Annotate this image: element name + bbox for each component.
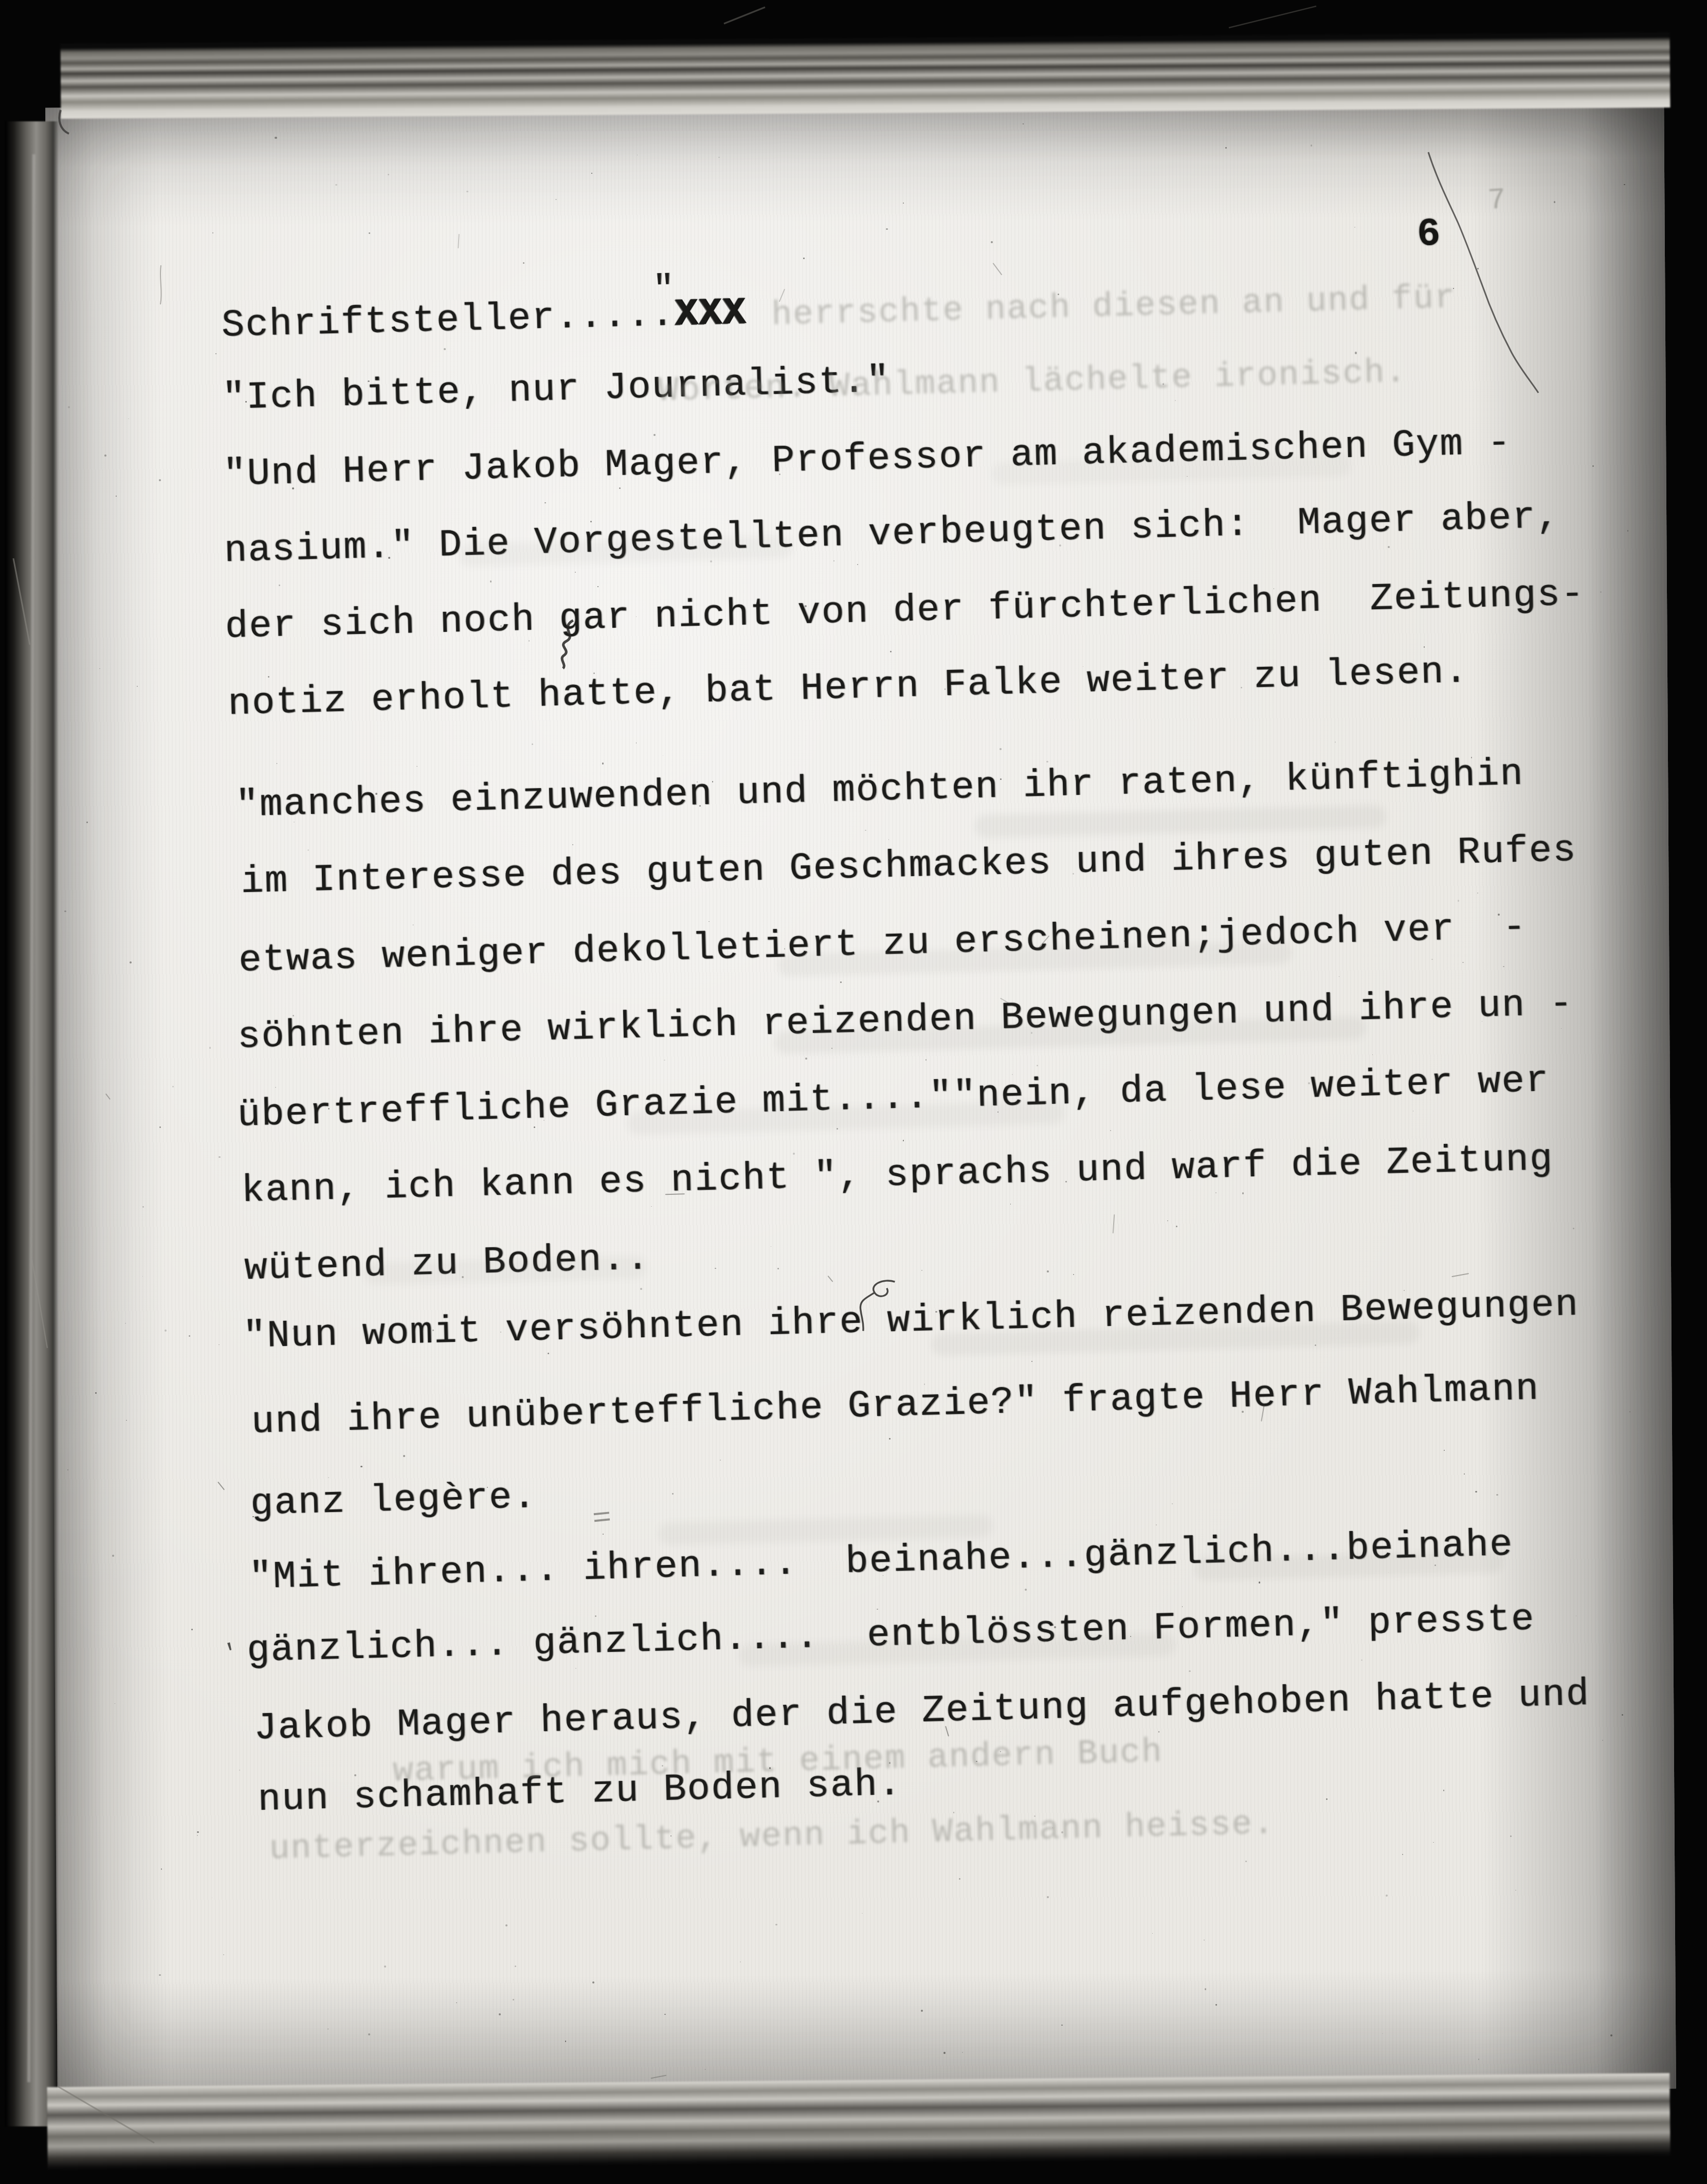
dust-speck — [328, 2029, 329, 2030]
dust-speck — [1627, 530, 1629, 532]
dust-speck — [710, 560, 712, 562]
dust-speck — [529, 640, 530, 641]
dust-speck — [1510, 1835, 1512, 1837]
dust-speck — [368, 380, 369, 382]
dust-speck — [487, 1487, 488, 1488]
dust-speck — [1073, 1274, 1074, 1275]
dust-speck — [840, 981, 841, 982]
dust-speck — [219, 1156, 220, 1158]
dust-speck — [784, 948, 785, 949]
dust-speck — [925, 1059, 927, 1061]
dust-speck — [1061, 1831, 1063, 1833]
dust-speck — [1610, 2034, 1612, 2036]
dust-speck — [159, 1974, 160, 1976]
dust-speck — [572, 844, 573, 845]
dust-speck — [1326, 1798, 1328, 1800]
dust-speck — [1242, 1411, 1244, 1413]
dust-speck — [410, 1642, 411, 1643]
dust-speck — [712, 781, 714, 782]
dust-speck — [64, 911, 66, 913]
dust-speck — [354, 1774, 356, 1776]
dust-speck — [1156, 1524, 1157, 1525]
dust-speck — [889, 1438, 891, 1440]
dust-speck — [777, 1268, 779, 1269]
dust-speck — [191, 1629, 192, 1630]
dust-speck — [1010, 1204, 1011, 1205]
dust-speck — [1274, 588, 1274, 589]
dust-speck — [1515, 1890, 1516, 1890]
dust-speck — [877, 1800, 879, 1803]
dust-speck — [1047, 1270, 1049, 1272]
dust-speck — [432, 1330, 434, 1331]
dust-speck — [718, 157, 719, 158]
dust-speck — [403, 1455, 405, 1457]
dust-speck — [653, 434, 656, 436]
dust-speck — [1477, 268, 1479, 269]
dust-speck — [360, 1466, 362, 1468]
dust-speck — [651, 1206, 651, 1207]
dust-speck — [1245, 1861, 1247, 1862]
dust-speck — [189, 1335, 190, 1337]
dust-speck — [705, 2069, 706, 2070]
dust-speck — [1259, 1581, 1261, 1584]
dust-speck — [924, 1384, 925, 1385]
dust-speck — [1047, 1896, 1049, 1898]
dust-speck — [159, 1126, 161, 1128]
dust-speck — [86, 822, 88, 823]
dust-speck — [670, 1835, 671, 1836]
dust-speck — [130, 961, 132, 963]
scratch-topband-2 — [1229, 6, 1316, 28]
dust-speck — [142, 1206, 144, 1208]
dust-speck — [889, 1762, 891, 1764]
dust-speck — [1388, 546, 1390, 548]
dust-speck — [1443, 1790, 1445, 1791]
dust-speck — [293, 1327, 295, 1330]
dust-speck — [142, 1276, 143, 1277]
dust-speck — [953, 1812, 954, 1813]
dust-speck — [740, 1961, 740, 1962]
dust-speck — [1031, 1361, 1032, 1362]
dust-speck — [1554, 201, 1555, 203]
dust-speck — [771, 1246, 771, 1247]
dust-speck — [1012, 1074, 1013, 1075]
dust-speck — [1475, 1491, 1477, 1493]
dust-speck — [991, 241, 993, 243]
dust-speck — [67, 1469, 68, 1470]
dust-speck — [523, 262, 524, 264]
dust-speck — [112, 1555, 114, 1557]
dust-speck — [1065, 1181, 1067, 1182]
dust-speck — [209, 1047, 211, 1049]
dust-speck — [1215, 2004, 1217, 2006]
dust-speck — [1000, 748, 1001, 750]
dust-speck — [1453, 288, 1454, 289]
dust-speck — [1124, 940, 1125, 941]
dust-speck — [1404, 1290, 1405, 1291]
dust-speck — [1061, 2025, 1062, 2026]
dust-speck — [962, 2052, 963, 2053]
scratch-left-1 — [13, 558, 30, 645]
dust-speck — [601, 1402, 603, 1404]
dust-speck — [1629, 1411, 1630, 1412]
dust-speck — [956, 1702, 957, 1703]
dust-speck — [699, 805, 700, 806]
dust-speck — [388, 557, 390, 559]
dust-speck — [945, 688, 946, 689]
dust-speck — [369, 232, 370, 234]
dust-speck — [921, 1270, 922, 1271]
dust-speck — [1058, 294, 1059, 295]
dust-speck — [1592, 465, 1594, 467]
dust-speck — [1000, 1751, 1001, 1752]
dust-speck — [1402, 1854, 1403, 1855]
dust-speck — [500, 1332, 501, 1333]
dust-speck — [307, 849, 309, 851]
scratches-and-cracks-overlay — [0, 0, 1707, 2184]
dust-speck — [793, 1153, 795, 1155]
dust-speck — [1311, 144, 1313, 147]
dust-speck — [865, 830, 866, 831]
dust-speck — [505, 1924, 507, 1926]
dust-speck — [215, 353, 216, 354]
dust-speck — [245, 401, 247, 403]
dust-speck — [294, 822, 295, 823]
dust-speck — [819, 860, 821, 862]
dust-speck — [1241, 687, 1242, 688]
dust-speck — [597, 586, 598, 587]
dust-speck — [292, 487, 294, 489]
dust-speck — [68, 406, 70, 408]
dust-speck — [1471, 757, 1473, 758]
corner-hook-mark — [59, 110, 69, 134]
dust-speck — [513, 1999, 514, 2000]
dust-speck — [935, 1311, 937, 1313]
dust-speck — [125, 1323, 126, 1324]
dust-speck — [1622, 1714, 1623, 1716]
dust-speck — [1573, 1228, 1574, 1229]
dust-speck — [1421, 840, 1421, 841]
dust-speck — [975, 672, 975, 672]
dust-speck — [1335, 741, 1336, 742]
dust-speck — [775, 1924, 777, 1925]
dust-speck — [128, 418, 129, 419]
dust-speck — [223, 1954, 224, 1955]
dust-speck — [1380, 1454, 1381, 1455]
dust-speck — [662, 1765, 663, 1767]
dust-speck — [1361, 1660, 1363, 1661]
dust-speck — [1242, 1192, 1244, 1194]
dust-speck — [1158, 1731, 1160, 1733]
scan-photo: Schriftsteller.....XXX"Ich bitte, nur Jo… — [0, 0, 1707, 2184]
dust-speck — [943, 2052, 946, 2054]
dust-speck — [1175, 400, 1176, 401]
dust-speck — [803, 258, 805, 259]
dust-speck — [1478, 2059, 1480, 2060]
dust-speck — [499, 1500, 500, 1501]
dust-speck — [1424, 646, 1425, 648]
dust-speck — [664, 2014, 666, 2015]
dust-speck — [1386, 1895, 1388, 1897]
dust-speck — [595, 1615, 596, 1617]
paper-crack — [1428, 152, 1538, 393]
dust-speck — [1458, 900, 1460, 902]
dust-speck — [833, 560, 834, 561]
dust-speck — [368, 2033, 370, 2035]
dust-speck — [1189, 1670, 1191, 1672]
dust-speck — [1624, 184, 1625, 186]
dust-speck — [275, 137, 277, 139]
dust-speck — [197, 1831, 198, 1833]
dust-speck — [444, 348, 446, 350]
scratch-left-2 — [32, 1260, 47, 1348]
dust-speck — [640, 1288, 642, 1290]
dust-speck — [1472, 1627, 1472, 1628]
dust-speck — [165, 1330, 167, 1332]
dust-speck — [1462, 962, 1464, 963]
dust-speck — [883, 1575, 883, 1576]
dust-speck — [1054, 1626, 1056, 1628]
dust-speck — [1172, 1503, 1173, 1504]
dust-speck — [857, 564, 858, 565]
dust-speck — [886, 228, 887, 230]
dust-speck — [104, 454, 106, 457]
dust-speck — [335, 184, 337, 186]
dust-speck — [126, 1420, 126, 1421]
dust-speck — [779, 474, 780, 475]
dust-speck — [544, 502, 546, 504]
dust-speck — [328, 1477, 329, 1478]
scratch-bottom-left — [58, 2086, 154, 2143]
scratch-topband-1 — [724, 7, 765, 24]
dust-speck — [1444, 1450, 1445, 1451]
dust-speck — [159, 479, 161, 481]
dust-speck — [1000, 778, 1002, 780]
paper-hair — [160, 265, 161, 304]
dust-speck — [715, 1268, 716, 1269]
dust-speck — [1023, 123, 1024, 125]
dust-speck — [275, 1087, 276, 1088]
dust-speck — [515, 1965, 516, 1967]
dust-speck — [459, 1094, 459, 1094]
dust-speck — [197, 1835, 198, 1836]
dust-speck — [592, 1981, 594, 1983]
dust-speck — [1355, 352, 1357, 354]
dust-speck — [591, 173, 592, 174]
